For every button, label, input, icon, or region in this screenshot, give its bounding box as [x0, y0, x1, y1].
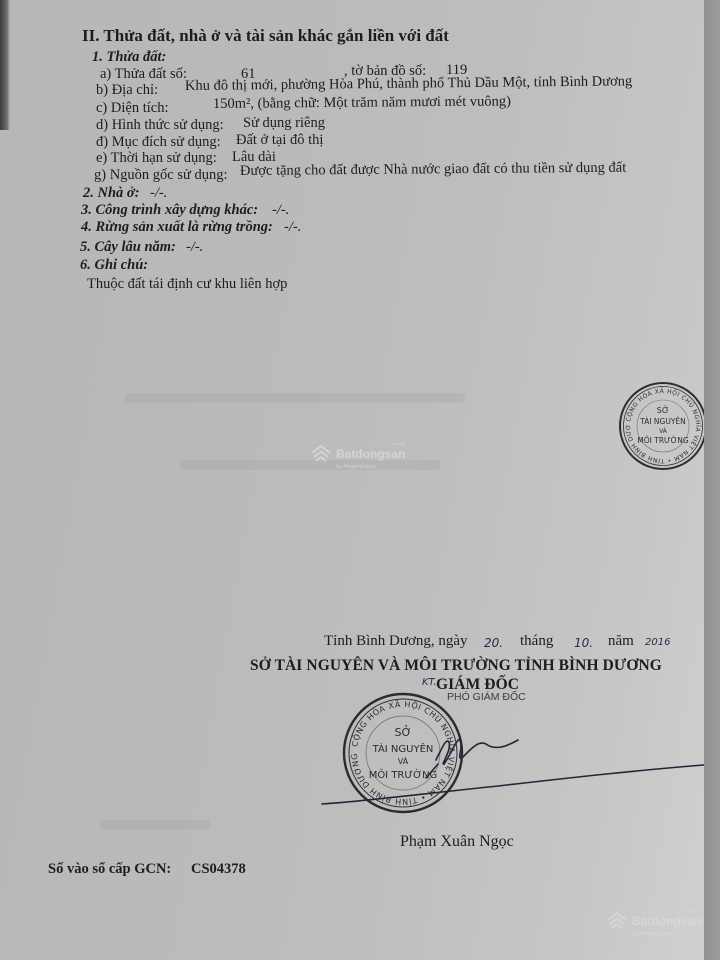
parcel-label: a) Thửa đất số:: [100, 67, 187, 82]
svg-text:TÀI NGUYÊN: TÀI NGUYÊN: [639, 417, 686, 426]
origin-label: g) Nguồn gốc sử dụng:: [94, 168, 228, 183]
watermark-logo-corner: Batdongsan .com.vn by PropertyGuru: [606, 910, 675, 935]
address-label: b) Địa chỉ:: [96, 83, 158, 98]
item-production-forest-value: -/-.: [284, 220, 301, 235]
watermark-by: by PropertyGuru: [336, 464, 405, 470]
purpose-value: Đất ở tại đô thị: [236, 133, 323, 148]
usage-form-label: d) Hình thức sử dụng:: [96, 118, 224, 133]
item-other-construction-label: 3. Công trình xây dựng khác:: [81, 203, 258, 218]
registry-value: CS04378: [191, 862, 246, 877]
item-perennial-trees-value: -/-.: [186, 240, 203, 255]
svg-text:SỞ: SỞ: [657, 404, 669, 415]
watermark-logo: Batdongsan .com.vn by PropertyGuru: [310, 443, 379, 468]
batdongsan-logo-icon: [310, 443, 332, 465]
date-day: 20.: [484, 637, 503, 649]
document-page: II. Thửa đất, nhà ở và tài sản khác gắn …: [0, 0, 705, 960]
registry-label: Số vào sổ cấp GCN:: [48, 862, 171, 877]
batdongsan-logo-icon: [606, 910, 628, 932]
origin-value: Được tặng cho đất được Nhà nước giao đất…: [240, 161, 626, 179]
usage-form-value: Sử dụng riêng: [243, 116, 325, 131]
watermark-by: by PropertyGuru: [632, 931, 701, 937]
photo-edge-shadow: [0, 0, 10, 130]
watermark-tld: .com.vn: [390, 441, 406, 446]
bleed-through-line: [100, 820, 210, 830]
on-behalf-prefix: KT.: [422, 678, 437, 688]
address-value: Khu đô thị mới, phường Hòa Phú, thành ph…: [185, 74, 632, 93]
svg-text:VÀ: VÀ: [659, 428, 668, 435]
area-label: c) Diện tích:: [96, 101, 168, 116]
issuing-organization: SỞ TÀI NGUYÊN VÀ MÔI TRƯỜNG TỈNH BÌNH DƯ…: [250, 658, 662, 674]
item-perennial-trees-label: 5. Cây lâu năm:: [80, 240, 176, 255]
note-text: Thuộc đất tái định cư khu liên hợp: [87, 277, 287, 292]
svg-text:MÔI TRƯỜNG: MÔI TRƯỜNG: [637, 436, 689, 445]
section-heading: II. Thửa đất, nhà ở và tài sản khác gắn …: [82, 27, 449, 44]
official-seal-icon: CỘNG HÒA XÃ HỘI CHỦ NGHĨA VIỆT NAM • TỈN…: [617, 380, 709, 472]
item-house-value: -/-.: [150, 186, 167, 201]
watermark-tld: .com.vn: [686, 908, 702, 913]
watermark-brand: Batdongsan: [336, 447, 405, 461]
date-month-label: tháng: [520, 634, 553, 649]
photo-edge-background: [704, 0, 720, 960]
signer-name: Phạm Xuân Ngọc: [400, 834, 514, 850]
item-production-forest-label: 4. Rừng sản xuất là rừng trồng:: [81, 220, 273, 235]
purpose-label: đ) Mục đích sử dụng:: [96, 135, 221, 150]
item-note-label: 6. Ghi chú:: [80, 258, 148, 273]
watermark-brand: Batdongsan: [632, 914, 701, 928]
place-date-prefix: Tỉnh Bình Dương, ngày: [324, 634, 468, 649]
area-value: 150m², (bằng chữ: Một trăm năm mươi mét …: [213, 94, 511, 111]
date-month: 10.: [574, 637, 593, 649]
item-other-construction-value: -/-.: [272, 203, 289, 218]
handwritten-signature: [318, 720, 718, 820]
date-year-label: năm: [608, 634, 634, 649]
land-heading: 1. Thửa đất:: [92, 50, 166, 65]
date-year: 2016: [645, 638, 670, 648]
bleed-through-line: [125, 393, 465, 403]
item-house-label: 2. Nhà ở:: [83, 186, 140, 201]
term-label: e) Thời hạn sử dụng:: [96, 151, 217, 166]
